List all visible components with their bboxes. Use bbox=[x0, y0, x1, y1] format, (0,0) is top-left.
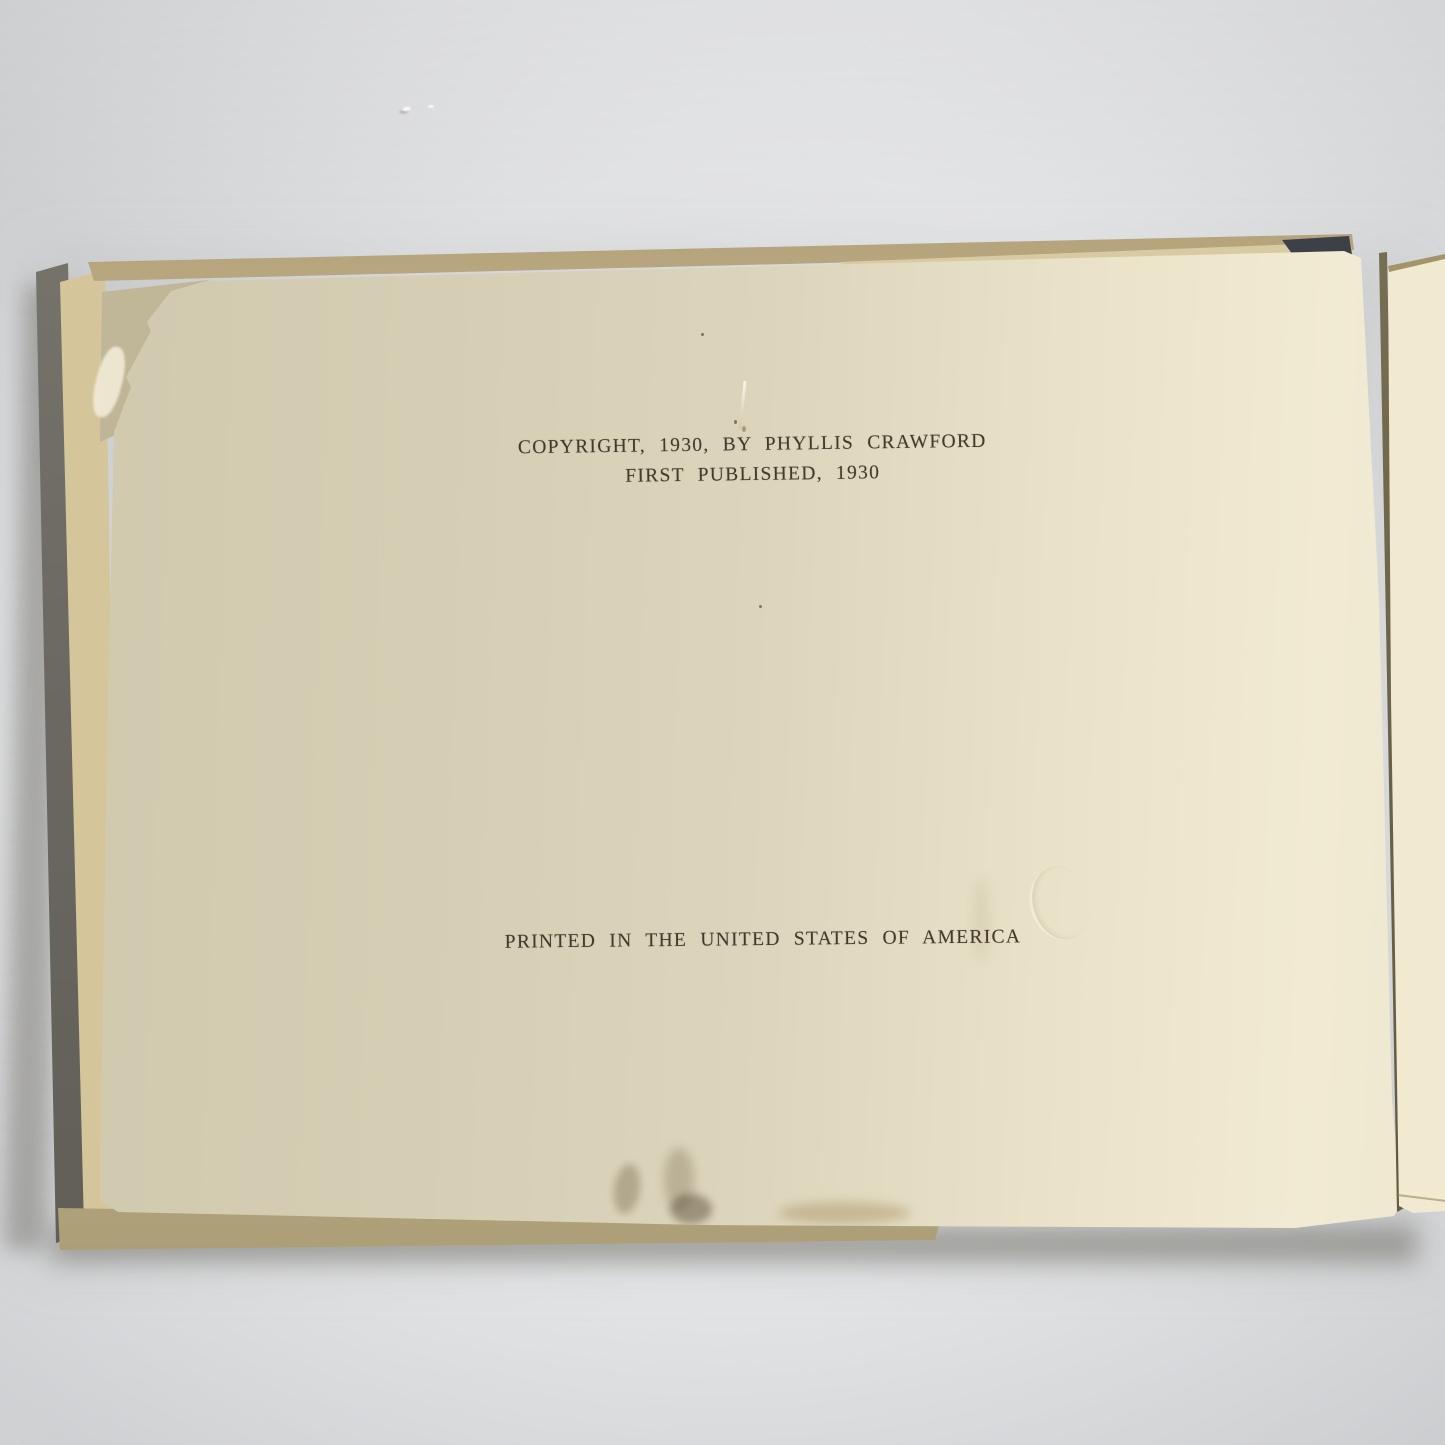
copyright-text-block: COPYRIGHT, 1930, BY PHYLLIS CRAWFORD FIR… bbox=[500, 426, 1006, 492]
page-scratch bbox=[738, 381, 746, 429]
page-stain bbox=[611, 1162, 644, 1215]
surface-speck bbox=[428, 105, 434, 108]
page-speck bbox=[759, 605, 762, 608]
page-stain bbox=[778, 1202, 910, 1224]
page-speck bbox=[734, 420, 737, 424]
page-stain bbox=[670, 1194, 712, 1224]
printed-in-usa-line: PRINTED IN THE UNITED STATES OF AMERICA bbox=[460, 922, 1066, 957]
photo-surface: COPYRIGHT, 1930, BY PHYLLIS CRAWFORD FIR… bbox=[0, 0, 1445, 1445]
page-speck bbox=[701, 333, 704, 336]
